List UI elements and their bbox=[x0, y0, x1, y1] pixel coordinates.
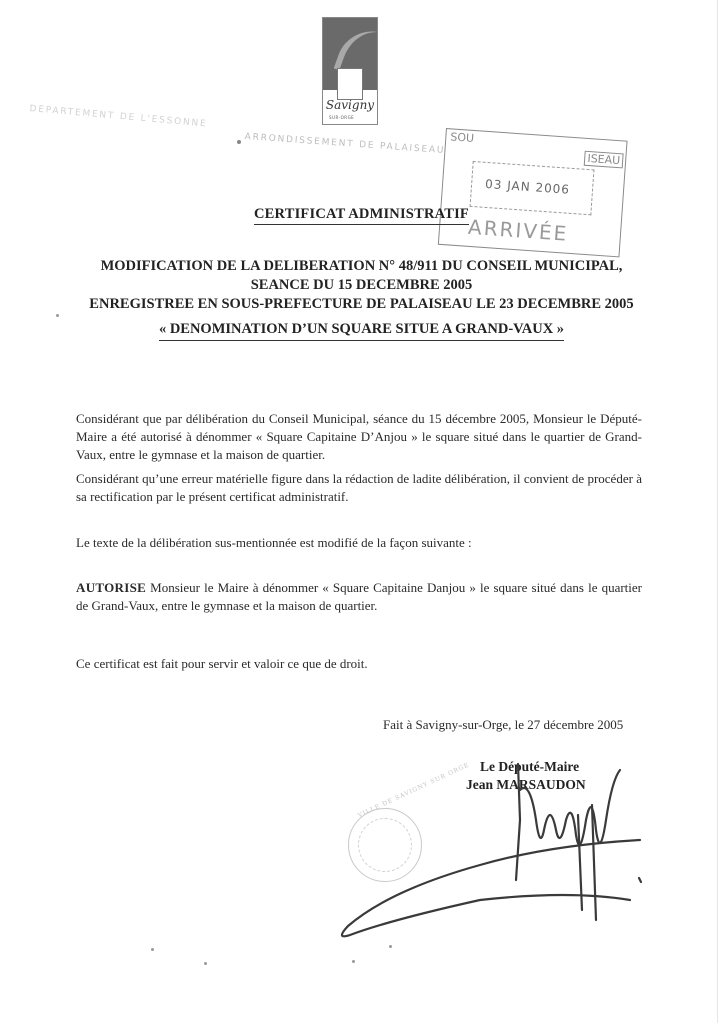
stamp-top-left: SOU bbox=[450, 130, 475, 145]
paragraph-modification-intro: Le texte de la délibération sus-mentionn… bbox=[76, 534, 642, 552]
place-and-date: Fait à Savigny-sur-Orge, le 27 décembre … bbox=[383, 717, 623, 733]
paragraph-decision: AUTORISE Monsieur le Maire à dénommer « … bbox=[76, 579, 642, 615]
letterhead-bullet bbox=[237, 140, 241, 144]
scan-speck bbox=[352, 960, 355, 963]
scan-speck bbox=[389, 945, 392, 948]
document-title: CERTIFICAT ADMINISTRATIF bbox=[0, 206, 723, 223]
decision-text: Monsieur le Maire à dénommer « Square Ca… bbox=[76, 580, 642, 613]
letterhead-faded-left: DEPARTEMENT DE L'ESSONNE bbox=[29, 104, 208, 130]
paragraph-closing: Ce certificat est fait pour servir et va… bbox=[76, 655, 642, 673]
logo-page-icon bbox=[337, 68, 363, 100]
heading-line-3: ENREGISTREE EN SOUS-PREFECTURE DE PALAIS… bbox=[0, 295, 723, 314]
handwritten-signature bbox=[330, 760, 660, 940]
savigny-logo: Savigny SUR-ORGE bbox=[322, 17, 378, 125]
scan-speck bbox=[56, 314, 59, 317]
document-subject: « DENOMINATION D’UN SQUARE SITUE A GRAND… bbox=[0, 321, 723, 338]
heading-line-1: MODIFICATION DE LA DELIBERATION N° 48/91… bbox=[0, 257, 723, 276]
heading-line-2: SEANCE DU 15 DECEMBRE 2005 bbox=[0, 276, 723, 295]
letterhead-faded-right: ARRONDISSEMENT DE PALAISEAU bbox=[244, 132, 445, 156]
logo-sub-text: SUR-ORGE bbox=[329, 115, 354, 120]
logo-brand-text: Savigny bbox=[325, 98, 375, 112]
paragraph-considering-1: Considérant que par délibération du Cons… bbox=[76, 410, 642, 464]
scan-speck bbox=[204, 962, 207, 965]
page-edge bbox=[717, 0, 718, 1023]
scan-speck bbox=[151, 948, 154, 951]
paragraph-considering-2: Considérant qu’une erreur matérielle fig… bbox=[76, 470, 642, 506]
decision-keyword: AUTORISE bbox=[76, 580, 146, 595]
stamp-top-right: ISEAU bbox=[584, 151, 624, 169]
received-stamp: SOU ISEAU 03 JAN 2006 ARRIVÉE bbox=[438, 128, 628, 257]
